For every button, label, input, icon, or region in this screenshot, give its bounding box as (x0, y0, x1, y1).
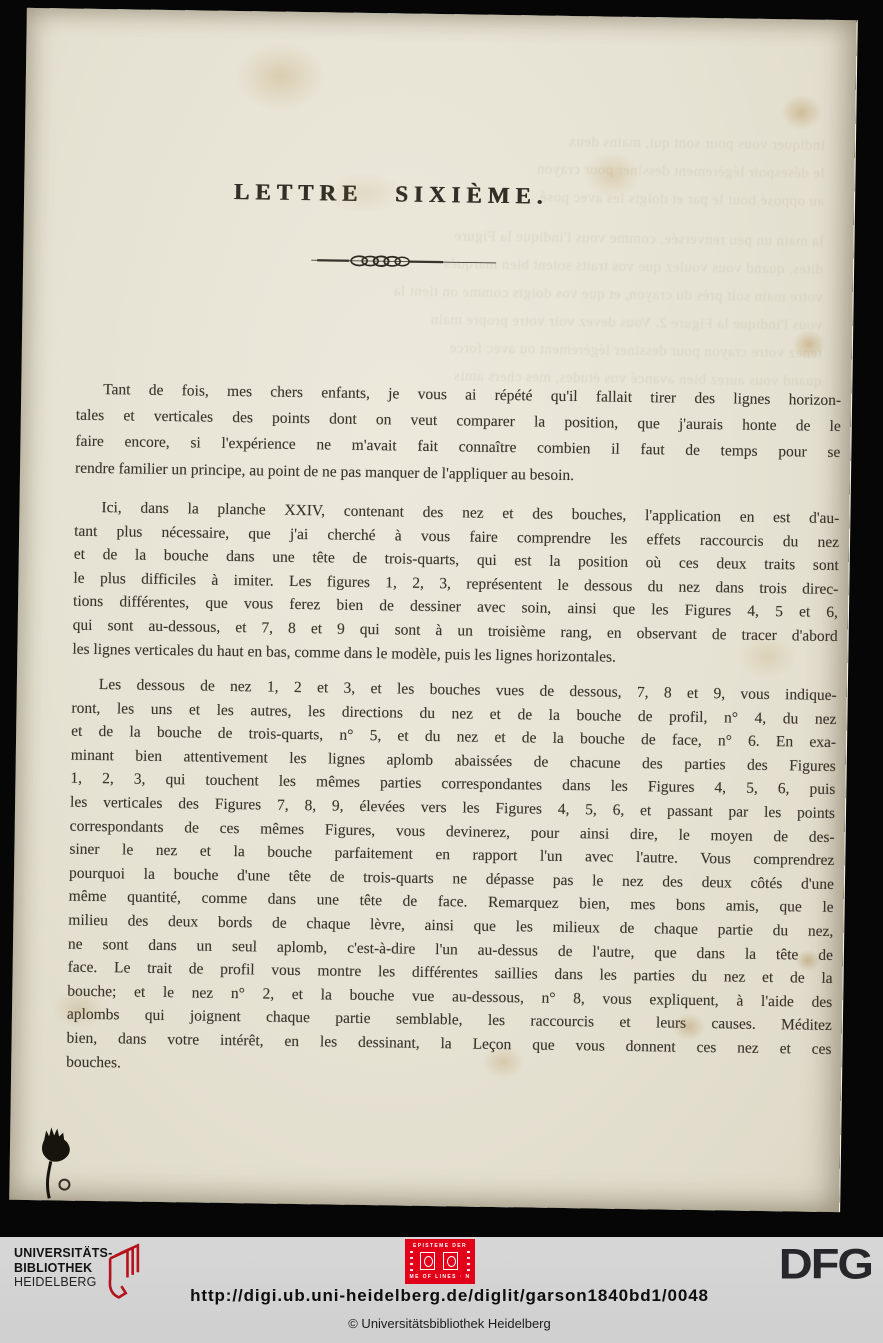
bleed-line: tenez votre crayon pour dessiner légèrem… (52, 334, 822, 362)
ornament-divider (311, 252, 496, 271)
stain (235, 41, 326, 112)
dfg-logo: DFG (779, 1239, 872, 1289)
stamp-face-drawing (443, 1252, 458, 1270)
bleedthrough-text: indiquer vous pour sont qui, mains deux … (55, 126, 825, 137)
ornament-rule-graphic (311, 252, 496, 271)
letter-body: Tant de fois, mes chers enfants, je vous… (82, 9, 847, 20)
stamp-top-text: EPISTEME DER (405, 1243, 475, 1249)
stamp-side-marks (467, 1251, 470, 1273)
stain (780, 94, 823, 131)
paragraph: Tant de fois, mes chers enfants, je vous… (75, 377, 841, 493)
bleed-line: indiquer vous pour sont qui, mains deux (55, 126, 825, 154)
stamp-side-marks (410, 1251, 413, 1273)
paragraph: Les dessous de nez 1, 2 et 3, et les bou… (66, 673, 837, 1085)
bleed-line: votre main soit près du crayon, et que v… (53, 278, 823, 306)
viewer-footer: UNIVERSITÄTS- BIBLIOTHEK HEIDELBERG EPIS… (0, 1237, 883, 1343)
scanned-page: indiquer vous pour sont qui, mains deux … (9, 8, 857, 1212)
paragraph: Ici, dans la planche XXIV, contenant des… (72, 496, 839, 672)
document-url: http://digi.ub.uni-heidelberg.de/diglit/… (0, 1286, 883, 1306)
stamp-bottom-text: ME OF LINES · N (405, 1274, 475, 1280)
episteme-stamp: EPISTEME DER ME OF LINES · N (405, 1239, 475, 1284)
page-title: LETTRE SIXIÈME. (0, 175, 806, 213)
copyright-notice: © Universitätsbibliothek Heidelberg (0, 1316, 883, 1331)
stamp-face-drawing (420, 1252, 435, 1270)
ink-blot (19, 1104, 90, 1203)
bleed-line: vous l'indique la Figure 2. Vous devez v… (52, 306, 822, 334)
bleed-line: la main un peu renversée, comme vous l'i… (53, 222, 823, 250)
